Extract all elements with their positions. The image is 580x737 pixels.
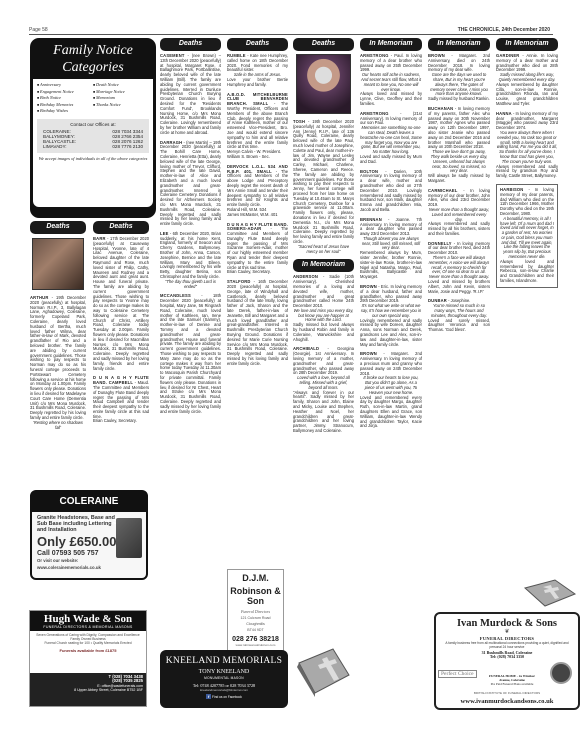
notice-verse: A beautiful memory, is all I have left, … bbox=[500, 217, 554, 260]
notice-verse: Never more than a thought away, Loved an… bbox=[428, 208, 490, 222]
death-notice-abod: A.B.O.D. MITCHELBURNE CLUB BENVARDEN BRA… bbox=[227, 93, 288, 160]
column-2: Deaths BARR - 17th December 2020 (peacef… bbox=[93, 221, 149, 483]
ad-subtitle: Funeral Directors bbox=[228, 609, 283, 614]
section-header-memoriam: In Memoriam bbox=[293, 259, 354, 272]
notice-text: - (nee Martin) – 19th December 2020 (pea… bbox=[160, 140, 221, 227]
notice-verse: Gone are the days we used to share, But … bbox=[428, 73, 490, 97]
bible-cross-image bbox=[293, 645, 353, 700]
notice-signature: Loved and sorely missed, daughter Veroni… bbox=[428, 318, 490, 333]
column-1: Deaths ARTHUR - 19th December 2020 (peac… bbox=[30, 221, 86, 435]
ad-phone: 028 276 38218 bbox=[228, 636, 283, 643]
institute-label: BRITISH INSTITUTE OF FUNERAL DIRECTORS bbox=[436, 691, 578, 695]
notice-verse: We love and miss you every day, but know… bbox=[293, 309, 354, 323]
ad-website-link[interactable]: www.colerainememorials.co.uk bbox=[37, 565, 141, 571]
categories-title-2: Categories bbox=[33, 60, 153, 75]
images-note: We accept images of individuals in all o… bbox=[37, 156, 149, 162]
death-notice-dunaghy-somers-adair: D U N A G H Y FLUTE BAND. SOMERS-ADAIR -… bbox=[227, 223, 288, 276]
notice-signature: Will always be sadly missed by Margaret. bbox=[428, 173, 490, 183]
notice-verse: There's a face we will always remember, … bbox=[428, 256, 490, 280]
memoriam-dunbar: DUNBAR - Josephine.You're missed so much… bbox=[428, 299, 490, 333]
memoriam-armstrong-paul: ARMSTRONG - Paul. In loving memory of a … bbox=[360, 54, 422, 107]
ad-title: KNEELAND MEMORIALS bbox=[160, 656, 288, 666]
notice-text: - (nee Brown) – 13th December 2020 (peac… bbox=[160, 53, 221, 135]
ad-coleraine-memorials: COLERAINE MEMORIALS Granite Headstones, … bbox=[30, 490, 148, 580]
notice-text: - Georgina (Georgie). 1st Anniversary. I… bbox=[293, 346, 354, 375]
memoriam-brown-margaret: BROWN - Margaret. 2nd Anniversary. In lo… bbox=[360, 352, 422, 429]
section-header-memoriam: In Memoriam bbox=[496, 38, 558, 51]
section-header-memoriam: In Memoriam bbox=[428, 38, 490, 51]
notice-signature: Lovingly remembered and sadly missed by … bbox=[360, 318, 422, 347]
ad-djm-robinson: D.J.M. Robinson & Son Funeral Directors … bbox=[227, 569, 284, 661]
memoriam-bolton: BOLTON - Darien, 10th Anniversary. In lo… bbox=[360, 170, 422, 213]
section-header-deaths: Deaths bbox=[160, 38, 221, 51]
notice-verse: It broke our hearts to lose you, But you… bbox=[360, 376, 422, 395]
column-5: Deaths TOSH - 19th December 2020 (peacef… bbox=[293, 38, 354, 638]
notice-signature: Remembered always by Mum, sister Jennife… bbox=[360, 250, 422, 279]
ad-email[interactable]: kneelandmemorials@btinternet.com bbox=[160, 688, 288, 692]
notice-signature: Always remembered by daughter Cilla, son… bbox=[496, 82, 558, 106]
notice-text: - Sadie (10th Anniversary). Cherished me… bbox=[293, 274, 354, 308]
notice-verse: You're missed so much in so many ways, T… bbox=[428, 304, 490, 318]
ad-funerals-price: Funerals available from £1875 bbox=[30, 648, 146, 653]
memoriam-brown-rankin: BROWN - Margaret. 2nd Anniversary, died … bbox=[428, 54, 490, 102]
page-number: Page 58 bbox=[29, 27, 48, 33]
memoriam-armstrong-21st: ARMSTRONG - (21st Anniversary). In lovin… bbox=[360, 112, 422, 165]
notice-text: - The Officers and Members of the above … bbox=[227, 169, 288, 208]
contact-title: Contact our Offices at: bbox=[43, 122, 143, 127]
memoriam-carmichael: CARMICHAEL - In loving memory of our dea… bbox=[428, 189, 490, 237]
death-notice-mccandless: MCCANDLESS - 18th December 2020 (peacefu… bbox=[160, 294, 221, 414]
death-notice-arthur: ARTHUR - 19th December 2020 (peacefully)… bbox=[30, 296, 86, 430]
death-notice-casement: CASEMENT - (nee Brown) – 13th December 2… bbox=[160, 54, 221, 136]
contact-offices: Contact our Offices at: COLERAINE:028 70… bbox=[37, 119, 149, 153]
memoriam-donnelly: DONNELLY - In loving memory of our dear … bbox=[428, 242, 490, 295]
funeral-home-address: FUNERAL HOME - 2a Windsor Avenue, Colera… bbox=[484, 674, 540, 682]
notice-signature: James McMaster, W.M. 401 bbox=[227, 212, 278, 217]
notice-signature: Loved and missed by brothers Albert, Joh… bbox=[428, 279, 490, 294]
notice-signature: Love your brother Bertie Humphrey and fa… bbox=[227, 77, 288, 87]
facebook-link[interactable]: f Find us on Facebook bbox=[160, 694, 288, 699]
ad-title: COLERAINE MEMORIALS bbox=[32, 492, 146, 512]
notice-text: - 17th December 2020 (peacefully) at Cau… bbox=[93, 236, 149, 371]
ad-name: TONY KNEELAND bbox=[160, 669, 288, 675]
section-header-deaths: Deaths bbox=[227, 38, 288, 51]
death-notice-darragh: DARRAGH - (nee Martin) – 19th December 2… bbox=[160, 141, 221, 227]
headstone-image bbox=[116, 518, 142, 558]
notice-signature: "Always and forever in our hearts". Sadl… bbox=[293, 390, 354, 433]
family-notice-categories-box: Family Notice Categories Anniversary Dea… bbox=[30, 38, 156, 218]
notice-text: - 6th December 2020, Brian suddenly, at … bbox=[160, 231, 221, 279]
notice-signature: Sadly missed by husband Rankin. bbox=[428, 96, 490, 101]
notice-signature: Always remembered and sadly missed by al… bbox=[428, 221, 490, 236]
notice-signature: Always loved and missed by Lynne, Clive,… bbox=[360, 91, 422, 106]
bible-cross-image-small bbox=[521, 578, 578, 608]
memoriam-hanna: HANNA - In loving memory of my dear gran… bbox=[496, 112, 558, 179]
section-header-memoriam: In Memoriam bbox=[360, 38, 422, 51]
ad-tagline-3: Funeral Church seating for 100 • Quality… bbox=[32, 641, 144, 645]
lion-seal-icon bbox=[550, 662, 572, 684]
facebook-icon: f bbox=[206, 694, 211, 699]
notice-signature: Brian Cauley, Secretary. bbox=[93, 418, 137, 423]
perfect-choice-badge: Perfect Choice bbox=[438, 670, 477, 678]
notice-verse: "The day thou giveth Lord is ended" bbox=[160, 280, 221, 290]
ad-title-2: Robinson & Son bbox=[228, 586, 283, 606]
notice-text: - Maud. The Committee and Members of Dun… bbox=[93, 380, 149, 419]
notice-signature: Loved and sadly missed by Mum and Dad. bbox=[360, 154, 422, 164]
section-header-deaths: Deaths bbox=[30, 221, 86, 234]
office-name: LIMAVADY: bbox=[43, 144, 67, 149]
notice-signature: Sadly missed but loved always by husband… bbox=[293, 322, 354, 341]
portrait-photo-tosh bbox=[296, 54, 351, 114]
death-notice-tosh: TOSH - 19th December 2020 (peacefully) a… bbox=[293, 120, 354, 254]
ad-role: MONUMENTAL MASON bbox=[160, 676, 288, 680]
categories-title-1: Family Notice bbox=[33, 43, 153, 58]
notice-signature: Loved and remembered every day by daught… bbox=[360, 395, 422, 429]
section-header-deaths: Deaths bbox=[293, 38, 354, 51]
notice-verse: You were always there when I needed you,… bbox=[496, 131, 558, 165]
portrait-photo-arthur bbox=[32, 238, 84, 290]
ad-title: Hugh Wade & Son bbox=[30, 613, 146, 625]
notice-signature: Always remembered and sadly missed by gr… bbox=[496, 164, 558, 179]
category-item: Thanks Notice bbox=[93, 102, 149, 109]
notice-text: - In loving memory of my dear parents, d… bbox=[500, 187, 554, 216]
ad-title: Ivan Murdock & Sons bbox=[436, 618, 578, 629]
notice-verse: 'Resting where no shadows fall' bbox=[30, 421, 86, 431]
ornament-icon: ❦ bbox=[436, 629, 578, 635]
death-notice-lee: LEE - 6th December 2020, Brian suddenly,… bbox=[160, 232, 221, 290]
facebook-label: Find us on Facebook bbox=[212, 695, 242, 699]
notice-verse: Our hearts still ache in sadness, And se… bbox=[360, 73, 422, 92]
notice-verse: Though absent you are always near, Still… bbox=[360, 237, 422, 251]
death-notice-rumble: RUMBLE - Kate nee Humphrey, called home … bbox=[227, 54, 288, 88]
notice-text: - Darien, 10th Anniversary. In loving me… bbox=[360, 169, 422, 212]
notice-text: - 19th December 2020 (peacefully) at hos… bbox=[30, 295, 86, 420]
ad-address: 8 Upper Abbey Street, Coleraine BT52 1BF bbox=[33, 688, 143, 692]
ad-website-link[interactable]: www.ivanmurdockandsons.co.uk bbox=[436, 698, 578, 705]
notice-verse: "Sacred heart of Jesus have mercy on her… bbox=[293, 245, 354, 255]
death-notice-dervock: DERVOCK L.O.L. 534 AND R.B.P. 401. SMALL… bbox=[227, 165, 288, 218]
office-row: LIMAVADY:028 7776 2130 bbox=[43, 144, 143, 149]
column-6: In Memoriam ARMSTRONG - Paul. In loving … bbox=[360, 38, 422, 733]
notice-signature: William S. Brown - Sec. bbox=[227, 154, 270, 159]
notice-text: - In loving memory of my parents, father… bbox=[428, 106, 490, 149]
column-7: In Memoriam BROWN - Margaret. 2nd Annive… bbox=[428, 38, 490, 610]
paper-title-date: THE CHRONICLE, 24th December 2020 bbox=[458, 27, 550, 33]
ad-address-2: Cloughmills bbox=[228, 622, 283, 626]
death-notice-stalford: STALFORD - 16th December 2020 (peacefull… bbox=[227, 280, 288, 366]
notice-verse: Those we love don't go away, They walk b… bbox=[428, 150, 490, 174]
section-header-deaths: Deaths bbox=[93, 221, 149, 234]
notice-text: - 16th December 2020 (peacefully) at hos… bbox=[227, 279, 288, 366]
notice-verse: Memories are something no-one can steal,… bbox=[360, 126, 422, 155]
ad-website-link[interactable]: www.robinsonsofculcrum.com bbox=[228, 643, 283, 647]
memoriam-buchanan: BUCHANAN - In loving memory of my parent… bbox=[428, 107, 490, 184]
notice-signature: Always loved and remembered by daughter … bbox=[500, 259, 554, 283]
ad-ivan-murdock: Ivan Murdock & Sons ❦ FUNERAL DIRECTORS … bbox=[434, 612, 580, 710]
ad-phone: Tel: (028) 7034 3350 bbox=[436, 655, 578, 660]
ad-hugh-wade: Hugh Wade & Son FUNERAL DIRECTORS & MEMO… bbox=[29, 610, 147, 707]
memoriam-brennan: BRENNAN - Joanne. 7th Anniversary. In lo… bbox=[360, 218, 422, 280]
notice-text: - The Worthy President, Officers and Mem… bbox=[227, 101, 288, 149]
header-rule bbox=[29, 34, 553, 35]
notice-signature: Brian Cauley, Secretary. bbox=[227, 269, 271, 274]
category-list: Anniversary Death Notice Engagement Noti… bbox=[37, 82, 149, 115]
memoriam-archibald: ARCHIBALD - Georgina (Georgie). 1st Anni… bbox=[293, 347, 354, 433]
column-3: Deaths CASEMENT - (nee Brown) – 13th Dec… bbox=[160, 38, 221, 638]
ad-title: D.J.M. bbox=[228, 573, 283, 583]
ad-address-3: BT44 9DT bbox=[228, 628, 283, 632]
notice-text: - 19th December 2020 (peacefully) at hos… bbox=[293, 119, 354, 244]
notice-verse: It's not what we write or what we say, I… bbox=[360, 304, 422, 318]
death-notice-barr: BARR - 17th December 2020 (peacefully) a… bbox=[93, 237, 149, 371]
memoriam-anderson: ANDERSON - Sadie (10th Anniversary). Che… bbox=[293, 275, 354, 342]
column-4: Deaths RUMBLE - Kate nee Humphrey, calle… bbox=[227, 38, 288, 566]
memoriam-harbison-bordered: HARBISON - In loving memory of my dear p… bbox=[496, 184, 558, 288]
ad-kneeland-memorials: KNEELAND MEMORIALS TONY KNEELAND MONUMEN… bbox=[160, 650, 288, 708]
memoriam-brown-eric: BROWN - Eric. In loving memory of a dear… bbox=[360, 285, 422, 347]
prepaid-plans: Pre Paid Funeral Plans available bbox=[484, 682, 540, 686]
death-notice-dunaghy-campbell: D U N A G H Y FLUTE BAND. CAMPBELL - Mau… bbox=[93, 376, 149, 424]
memoriam-gardiner: GARDINER - Annie. In loving memory of a … bbox=[496, 54, 558, 107]
notice-text: - The Committee and Members of Dunaghy F… bbox=[227, 226, 288, 269]
category-item: Birthday Wishes bbox=[37, 108, 93, 115]
notice-verse: Loved with a love, beyond all telling. M… bbox=[293, 376, 354, 390]
notice-text: - 18th December 2020 (peacefully) at hos… bbox=[160, 293, 221, 413]
ad-web-label: Or visit our website: bbox=[37, 558, 141, 564]
office-phone: 028 7776 2130 bbox=[112, 144, 143, 149]
ad-address: 121 Culcrum Road bbox=[228, 616, 283, 620]
column-8: In Memoriam GARDINER - Annie. In loving … bbox=[496, 38, 558, 578]
